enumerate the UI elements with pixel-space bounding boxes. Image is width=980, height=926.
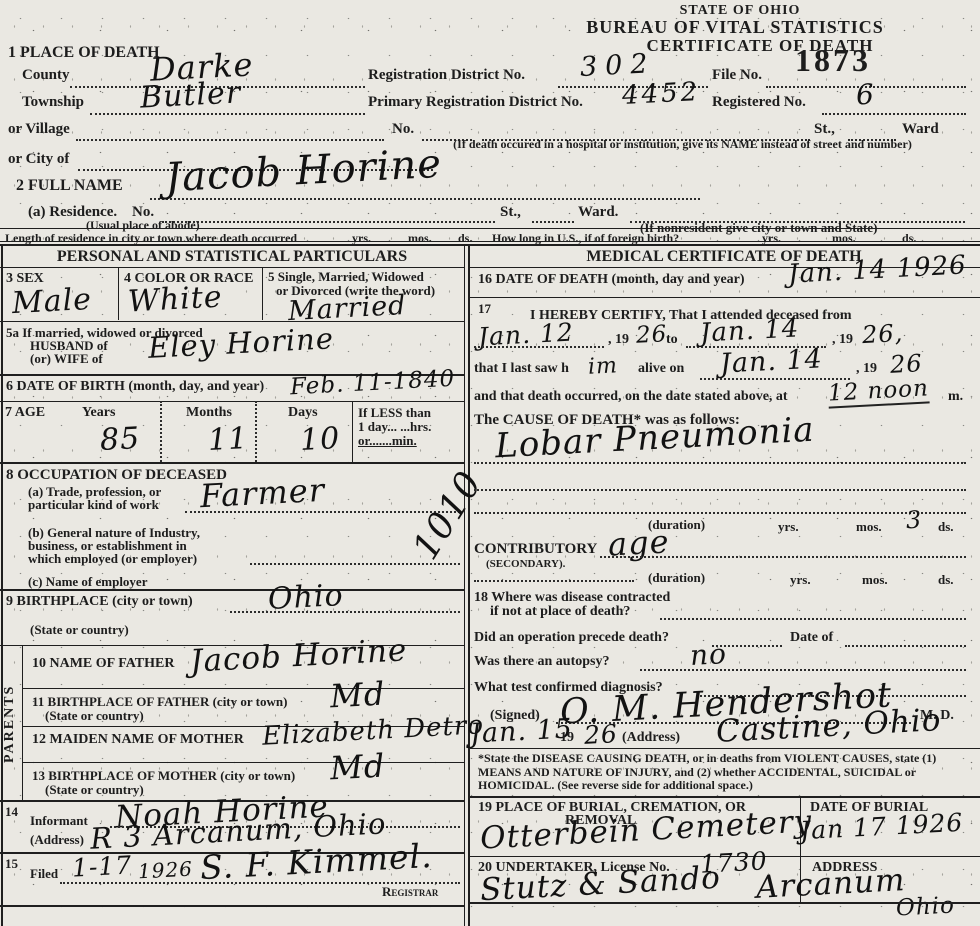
autopsy-fill — [640, 669, 966, 671]
attended-from-year-print: , 19 — [608, 332, 629, 348]
secondary-label: (SECONDARY). — [486, 558, 565, 570]
age-years-label: Years — [82, 405, 115, 421]
hw-duration-days-value: 3 — [905, 506, 923, 535]
item-17-number: 17 — [478, 301, 491, 317]
age-months-label: Months — [186, 405, 232, 421]
section-1-place-of-death: 1 PLACE OF DEATH — [8, 44, 160, 62]
birthplace-fill — [230, 611, 460, 613]
sex-color-divider — [118, 267, 119, 320]
township-label: Township — [22, 94, 84, 111]
hw-signed-date: Jan. 15 — [469, 713, 573, 749]
duration-mos-1: mos. — [856, 519, 882, 535]
full-name-fill-line — [150, 198, 700, 200]
file-no-value: 1873 — [795, 42, 871, 79]
father-state-note: (State or country) — [45, 708, 144, 724]
operation-fill-2 — [845, 645, 966, 647]
duration-ds-1: ds. — [938, 519, 954, 535]
registered-no-label: Registered No. — [712, 94, 806, 111]
residence-ward-fill — [532, 221, 574, 223]
left-hline-1 — [0, 267, 464, 268]
filed-number: 15 — [5, 856, 18, 872]
hw-dob-value: Feb. 11-1840 — [289, 366, 455, 401]
autopsy-label: Was there an autopsy? — [474, 654, 609, 670]
duration-yrs-2: yrs. — [790, 572, 811, 588]
signed-underline — [468, 748, 980, 749]
county-label: County — [22, 67, 70, 84]
hw-filed-year: 1926 — [137, 857, 193, 884]
registration-district-label: Registration District No. — [368, 67, 525, 84]
occupation-c-label: (c) Name of employer — [28, 574, 147, 590]
registered-no-fill-line — [822, 113, 966, 115]
color-marital-divider — [262, 267, 263, 320]
certify-text: I HEREBY CERTIFY, That I attended deceas… — [530, 308, 852, 324]
hw-registered-no-value: 6 — [855, 78, 876, 112]
hw-death-time-value: 12 noon — [827, 375, 929, 408]
hw-autopsy-value: no — [689, 637, 728, 672]
mother-name-label: 12 MAIDEN NAME OF MOTHER — [32, 732, 244, 748]
section-2-full-name: 2 FULL NAME — [16, 177, 123, 195]
village-fill-line — [76, 139, 384, 141]
signed-address-label: (Address) — [622, 730, 680, 746]
left-hline-10 — [22, 762, 464, 763]
filed-label: Filed — [30, 866, 58, 882]
married-label-3: (or) WIFE of — [30, 351, 103, 367]
cause-footnote: *State the DISEASE CAUSING DEATH, or in … — [478, 752, 972, 793]
hw-undertaker-address: Arcanum — [755, 862, 906, 906]
main-divider-top — [0, 241, 980, 242]
hw-age-years: 85 — [99, 421, 141, 458]
cause-fill-2 — [474, 489, 966, 491]
hospital-note: (If death occured in a hospital or insti… — [390, 137, 975, 152]
signed-year-print: 19 — [560, 730, 574, 746]
operation-label: Did an operation precede death? — [474, 630, 669, 646]
hw-mother-birthplace-value: Md — [329, 747, 386, 788]
cause-fill-1 — [474, 462, 966, 464]
column-divider-inner — [464, 244, 465, 926]
date-of-label: Date of — [790, 630, 833, 646]
attended-to-year-print: , 19 — [832, 332, 853, 348]
residence-no-fill — [162, 221, 495, 223]
occupation-b-label-3: which employed (or employer) — [28, 551, 197, 567]
hw-occupation-value: Farmer — [199, 471, 326, 515]
contributory-fill-2 — [474, 580, 634, 582]
age-divider-1 — [160, 401, 162, 462]
last-saw-label-2: alive on — [638, 361, 684, 377]
informant-number: 14 — [5, 804, 18, 820]
residence-ward-label: Ward. — [578, 204, 618, 221]
duration-label-2: (duration) — [648, 570, 705, 586]
left-hline-6 — [0, 589, 464, 591]
left-hline-2 — [0, 321, 464, 322]
hw-last-saw-value: Jan. 14 — [719, 343, 823, 379]
hw-attended-to-value: Jan. 14 — [699, 313, 800, 348]
hw-primary-reg-value: 4452 — [621, 77, 701, 111]
main-divider — [0, 244, 980, 246]
hw-attended-from-year: 26 — [635, 321, 668, 349]
left-hline-13 — [0, 905, 464, 907]
hw-signed-year: 26 — [583, 719, 618, 750]
death-certificate-document: STATE OF OHIO BUREAU OF VITAL STATISTICS… — [0, 0, 980, 926]
attended-from-fill — [474, 346, 604, 348]
informant-address-label: (Address) — [30, 832, 84, 848]
birthplace-state-note: (State or country) — [30, 622, 129, 638]
column-divider — [468, 244, 470, 926]
hw-age-days: 10 — [299, 421, 341, 458]
hw-father-name-value: Jacob Horine — [189, 632, 408, 679]
age-days-label: Days — [288, 405, 318, 421]
hw-full-name-value: Jacob Horine — [164, 141, 443, 201]
duration-ds-2: ds. — [938, 572, 954, 588]
disease-contracted-label-2: if not at place of death? — [490, 604, 630, 620]
birthplace-label: 9 BIRTHPLACE (city or town) — [6, 594, 193, 610]
hw-undertaker-address-2: Ohio — [895, 892, 955, 921]
less-than-note-3: or.......min. — [358, 433, 417, 449]
divider-thin — [0, 228, 980, 229]
hw-birthplace-value: Ohio — [267, 578, 344, 617]
hw-mother-name-value: Elizabeth Detro — [261, 710, 484, 752]
informant-label: Informant — [30, 813, 88, 829]
village-ward-label: Ward — [902, 121, 939, 138]
city-label: or City of — [8, 151, 69, 168]
age-divider-3 — [352, 401, 353, 462]
hw-age-months: 11 — [207, 421, 249, 458]
death-time-m-label: m. — [948, 389, 963, 405]
township-fill-line — [90, 113, 365, 115]
hw-color-race-value: White — [127, 280, 223, 320]
hw-township-value: Butler — [139, 75, 242, 115]
file-no-label: File No. — [712, 67, 762, 84]
left-hline-8 — [22, 688, 464, 689]
left-column-title: PERSONAL AND STATISTICAL PARTICULARS — [0, 248, 464, 266]
contributory-label: CONTRIBUTORY — [474, 541, 597, 558]
occupation-label: 8 OCCUPATION OF DECEASED — [6, 467, 227, 484]
village-no-label: No. — [392, 121, 414, 138]
last-saw-year-print: , 19 — [856, 361, 877, 377]
duration-mos-2: mos. — [862, 572, 888, 588]
duration-yrs-1: yrs. — [778, 519, 799, 535]
hw-last-saw-year: 26 — [889, 349, 923, 379]
dob-label: 6 DATE OF BIRTH (month, day, and year) — [6, 379, 264, 395]
left-hline-5 — [0, 462, 464, 464]
death-occurred-label: and that death occurred, on the date sta… — [474, 389, 788, 405]
left-hline-4 — [0, 401, 464, 402]
hw-filed-date: 1-17 — [71, 850, 133, 882]
parents-vertical-label: PARENTS — [2, 648, 20, 800]
disease-contracted-fill — [660, 618, 966, 620]
age-divider-2 — [255, 401, 257, 462]
right-hline-2 — [468, 297, 980, 298]
village-label: or Village — [8, 121, 70, 138]
to-label: to — [666, 332, 678, 348]
date-of-death-label: 16 DATE OF DEATH (month, day and year) — [478, 272, 745, 288]
primary-registration-label: Primary Registration District No. — [368, 94, 583, 111]
hw-reg-district-value: 302 — [579, 48, 656, 83]
occupation-b-fill — [250, 563, 460, 565]
registrar-label: Registrar — [382, 884, 438, 900]
hw-attended-to-year: 26, — [861, 319, 904, 349]
residence-st-label: St., — [500, 204, 521, 221]
father-name-label: 10 NAME OF FATHER — [32, 656, 174, 672]
mother-state-note: (State or country) — [45, 782, 144, 798]
village-st-label: St., — [814, 121, 835, 138]
right-hline-5 — [468, 902, 980, 904]
hw-father-birthplace-value: Md — [329, 675, 386, 716]
right-hline-3 — [468, 796, 980, 798]
contributory-fill — [600, 556, 966, 558]
last-saw-label-1: that I last saw h — [474, 361, 569, 377]
parents-divider — [22, 645, 23, 800]
left-border — [1, 244, 3, 926]
age-label: 7 AGE — [5, 405, 45, 421]
occupation-a-label-2: particular kind of work — [28, 497, 159, 513]
hw-sex-value: Male — [11, 282, 93, 321]
hw-last-saw-him: im — [587, 353, 618, 380]
header-bureau: BUREAU OF VITAL STATISTICS — [500, 17, 970, 38]
cause-fill-3 — [474, 512, 966, 514]
